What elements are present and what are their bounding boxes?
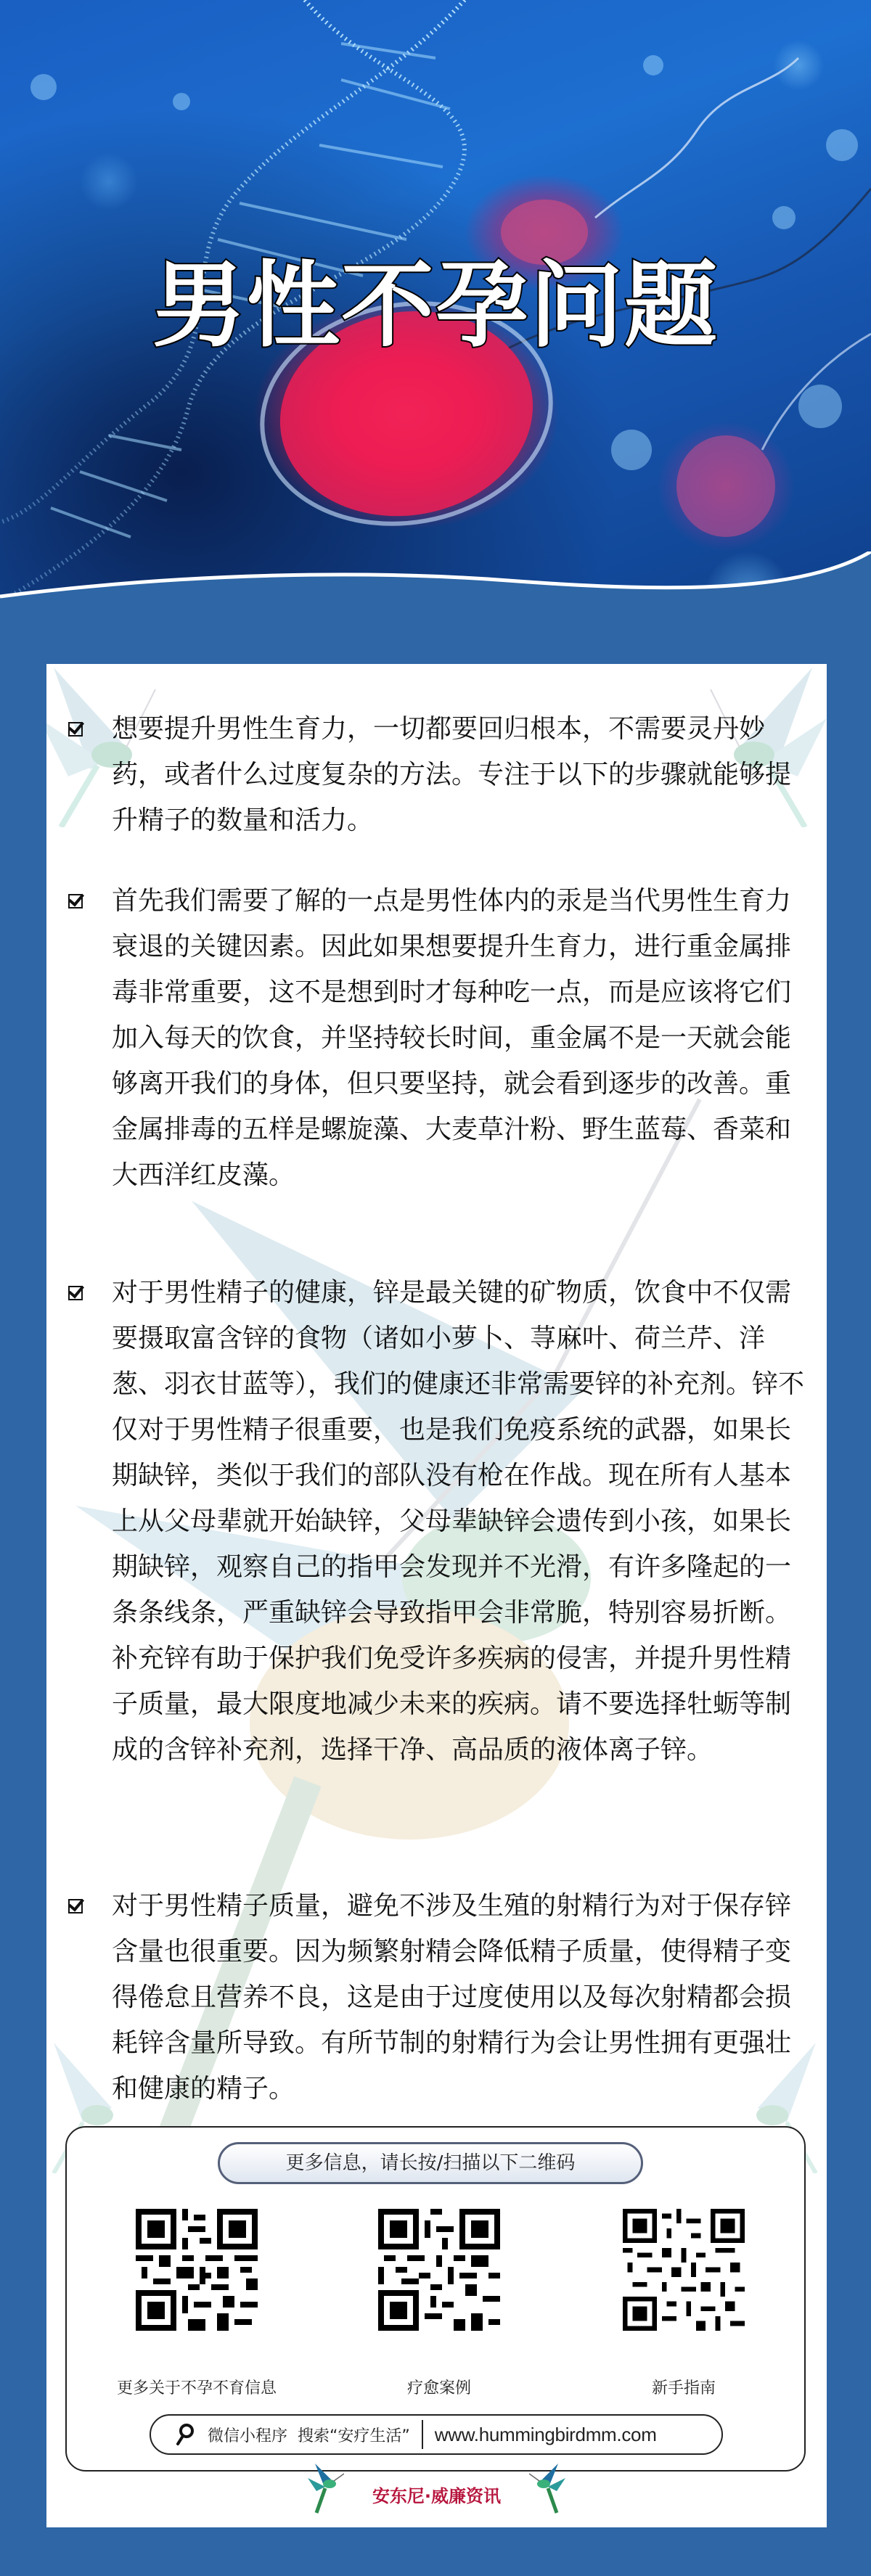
checkbox-checked-icon [68, 722, 83, 737]
more-info-box: 更多信息，请长按/扫描以下二维码 [65, 2126, 806, 2472]
qr-code-icon[interactable] [136, 2209, 258, 2331]
checkbox-checked-icon [68, 894, 83, 908]
paragraph-text: 对于男性精子的健康，锌是最关键的矿物质，饮食中不仅需要摄取富含锌的食物（诸如小萝… [68, 1270, 809, 1773]
divider [422, 2420, 423, 2449]
info-header-pill: 更多信息，请长按/扫描以下二维码 [218, 2142, 643, 2184]
paragraph-text: 想要提升男性生育力，一切都要回归根本，不需要灵丹妙药，或者什么过度复杂的方法。专… [68, 706, 809, 843]
checkbox-checked-icon [68, 1286, 83, 1300]
paragraph-text: 首先我们需要了解的一点是男性体内的汞是当代男性生育力衰退的关键因素。因此如果想要… [68, 878, 809, 1198]
qr-label-healing-cases: 疗愈案例 [345, 2376, 533, 2398]
website-link[interactable]: www.hummingbirdmm.com [435, 2424, 657, 2446]
qr-code-icon[interactable] [378, 2209, 500, 2331]
mini-program-search-text: 微信小程序 搜索“安疗生活” [208, 2424, 410, 2446]
checkbox-checked-icon [68, 1899, 83, 1913]
hummingbird-icon [529, 2464, 565, 2514]
search-icon [176, 2423, 195, 2446]
paragraph-zinc: 对于男性精子的健康，锌是最关键的矿物质，饮食中不仅需要摄取富含锌的食物（诸如小萝… [68, 1270, 809, 1773]
hero-banner: 男性不孕问题 [0, 0, 871, 653]
search-bar[interactable]: 微信小程序 搜索“安疗生活” www.hummingbirdmm.com [150, 2414, 723, 2455]
qr-label-beginner-guide: 新手指南 [589, 2376, 778, 2398]
page-title: 男性不孕问题 [0, 231, 871, 364]
paragraph-text: 对于男性精子质量，避免不涉及生殖的射精行为对于保存锌含量也很重要。因为频繁射精会… [68, 1883, 809, 2112]
brand-name: 安东尼·威廉资讯 [46, 2482, 827, 2507]
paragraph-intro: 想要提升男性生育力，一切都要回归根本，不需要灵丹妙药，或者什么过度复杂的方法。专… [68, 706, 809, 843]
wave-divider [0, 551, 871, 653]
qr-code-icon[interactable] [623, 2209, 745, 2331]
paragraph-heavy-metal-detox: 首先我们需要了解的一点是男性体内的汞是当代男性生育力衰退的关键因素。因此如果想要… [68, 878, 809, 1198]
paragraph-ejaculation: 对于男性精子质量，避免不涉及生殖的射精行为对于保存锌含量也很重要。因为频繁射精会… [68, 1883, 809, 2112]
qr-label-infertility-info: 更多关于不孕不育信息 [102, 2376, 291, 2398]
content-panel: 想要提升男性生育力，一切都要回归根本，不需要灵丹妙药，或者什么过度复杂的方法。专… [46, 664, 827, 2527]
